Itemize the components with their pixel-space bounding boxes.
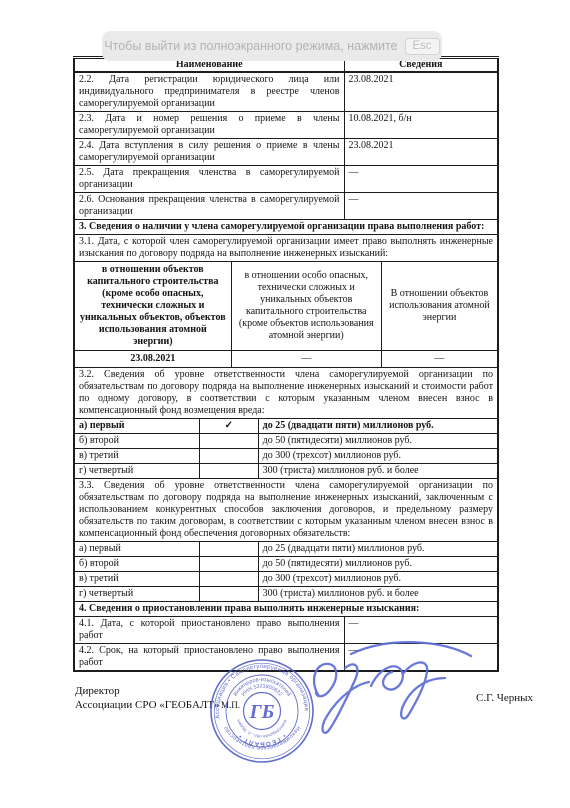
scope-values-row: 23.08.2021 — — — [75, 351, 497, 368]
table-row: 2.6. Основания прекращения членства в са… — [74, 193, 498, 220]
level-amount: до 50 (пятидесяти) миллионов руб. — [258, 557, 497, 572]
row-3-3-levels-row: а) первый до 25 (двадцати пяти) миллионо… — [74, 542, 498, 602]
level-name: а) первый — [75, 542, 199, 557]
level-name: в) третий — [75, 572, 199, 587]
signature — [303, 632, 478, 750]
row-2-4-label: 2.4. Дата вступления в силу решения о пр… — [74, 139, 344, 166]
signature-stroke — [371, 666, 403, 689]
vv-fund-levels-table: а) первый ✓ до 25 (двадцати пяти) миллио… — [75, 419, 497, 478]
table-row: 2.2. Дата регистрации юридического лица … — [74, 72, 498, 112]
level-checkmark: ✓ — [199, 419, 258, 434]
section-3-header-row: 3. Сведения о наличии у члена саморегули… — [74, 220, 498, 235]
row-2-6-value: — — [344, 193, 498, 220]
row-2-3-value: 10.08.2021, б/н — [344, 112, 498, 139]
row-2-2-value: 23.08.2021 — [344, 72, 498, 112]
row-3-1-text-row: 3.1. Дата, с которой член саморегулируем… — [74, 235, 498, 262]
level-checkmark — [199, 557, 258, 572]
signature-top-flourish — [351, 642, 471, 656]
level-amount: до 25 (двадцати пяти) миллионов руб. — [258, 542, 497, 557]
row-2-6-label: 2.6. Основания прекращения членства в са… — [74, 193, 344, 220]
row-3-1-text: 3.1. Дата, с которой член саморегулируем… — [74, 235, 498, 262]
row-2-2-label: 2.2. Дата регистрации юридического лица … — [74, 72, 344, 112]
org-name-line: Ассоциации СРО «ГЕОБАЛТ» — [75, 698, 219, 712]
scope-col1-value: 23.08.2021 — [75, 351, 231, 368]
esc-key-badge: Esc — [405, 38, 440, 55]
level-row: а) первый ✓ до 25 (двадцати пяти) миллио… — [75, 419, 497, 434]
level-row: г) четвертый 300 (триста) миллионов руб.… — [75, 587, 497, 602]
scope-header-row: в отношении объектов капитального строит… — [75, 262, 497, 351]
scope-table: в отношении объектов капитального строит… — [75, 262, 497, 367]
level-row: г) четвертый 300 (триста) миллионов руб.… — [75, 464, 497, 479]
level-checkmark — [199, 434, 258, 449]
signature-stroke — [323, 664, 369, 732]
row-2-5-value: — — [344, 166, 498, 193]
table-row: 2.3. Дата и номер решения о приеме в чле… — [74, 112, 498, 139]
level-row: в) третий до 300 (трехсот) миллионов руб… — [75, 572, 497, 587]
level-name: а) первый — [75, 419, 199, 434]
level-amount: 300 (триста) миллионов руб. и более — [258, 464, 497, 479]
scope-col1-header: в отношении объектов капитального строит… — [75, 262, 231, 351]
membership-details-table: Наименование Сведения 2.2. Дата регистра… — [73, 56, 499, 672]
level-checkmark — [199, 587, 258, 602]
level-name: г) четвертый — [75, 587, 199, 602]
level-name: в) третий — [75, 449, 199, 464]
level-checkmark — [199, 542, 258, 557]
row-3-2-levels-row: а) первый ✓ до 25 (двадцати пяти) миллио… — [74, 419, 498, 479]
stamp: Ассоциация • Саморегулируемая организаци… — [206, 655, 318, 767]
level-amount: до 300 (трехсот) миллионов руб. — [258, 449, 497, 464]
level-amount: 300 (триста) миллионов руб. и более — [258, 587, 497, 602]
signer-name: С.Г. Черных — [476, 692, 533, 704]
document-page: Чтобы выйти из полноэкранного режима, на… — [0, 0, 570, 808]
row-3-1-scope-row: в отношении объектов капитального строит… — [74, 262, 498, 368]
section-4-title: 4. Сведения о приостановлении права выпо… — [74, 602, 498, 617]
stamp-monogram: ГБ — [249, 701, 275, 723]
director-title: Директор — [75, 684, 219, 698]
fullscreen-exit-toast: Чтобы выйти из полноэкранного режима, на… — [102, 31, 442, 61]
table-row: 2.5. Дата прекращения членства в саморег… — [74, 166, 498, 193]
scope-col2-value: — — [231, 351, 381, 368]
director-block: Директор Ассоциации СРО «ГЕОБАЛТ» — [75, 684, 219, 712]
level-amount: до 50 (пятидесяти) миллионов руб. — [258, 434, 497, 449]
level-row: а) первый до 25 (двадцати пяти) миллионо… — [75, 542, 497, 557]
level-amount: до 25 (двадцати пяти) миллионов руб. — [258, 419, 497, 434]
signature-stroke — [401, 662, 445, 718]
section-3-title: 3. Сведения о наличии у члена саморегули… — [74, 220, 498, 235]
row-3-2-text-row: 3.2. Сведения об уровне ответственности … — [74, 368, 498, 419]
scope-col3-value: — — [381, 351, 497, 368]
level-checkmark — [199, 464, 258, 479]
level-name: б) второй — [75, 557, 199, 572]
section-4-header-row: 4. Сведения о приостановлении права выпо… — [74, 602, 498, 617]
level-amount: до 300 (трехсот) миллионов руб. — [258, 572, 497, 587]
table-row: 2.4. Дата вступления в силу решения о пр… — [74, 139, 498, 166]
level-row: б) второй до 50 (пятидесяти) миллионов р… — [75, 434, 497, 449]
row-3-2-text: 3.2. Сведения об уровне ответственности … — [74, 368, 498, 419]
row-3-3-text-row: 3.3. Сведения об уровне ответственности … — [74, 479, 498, 542]
signature-stroke — [314, 664, 336, 696]
row-2-3-label: 2.3. Дата и номер решения о приеме в чле… — [74, 112, 344, 139]
odo-fund-levels-table: а) первый до 25 (двадцати пяти) миллионо… — [75, 542, 497, 601]
toast-message: Чтобы выйти из полноэкранного режима, на… — [104, 39, 397, 53]
row-2-4-value: 23.08.2021 — [344, 139, 498, 166]
level-checkmark — [199, 572, 258, 587]
level-name: б) второй — [75, 434, 199, 449]
scope-col2-header: в отношении особо опасных, технически сл… — [231, 262, 381, 351]
level-row: б) второй до 50 (пятидесяти) миллионов р… — [75, 557, 497, 572]
row-2-5-label: 2.5. Дата прекращения членства в саморег… — [74, 166, 344, 193]
level-name: г) четвертый — [75, 464, 199, 479]
level-row: в) третий до 300 (трехсот) миллионов руб… — [75, 449, 497, 464]
level-checkmark — [199, 449, 258, 464]
row-3-3-text: 3.3. Сведения об уровне ответственности … — [74, 479, 498, 542]
scope-col3-header: В отношении объектов использования атомн… — [381, 262, 497, 351]
